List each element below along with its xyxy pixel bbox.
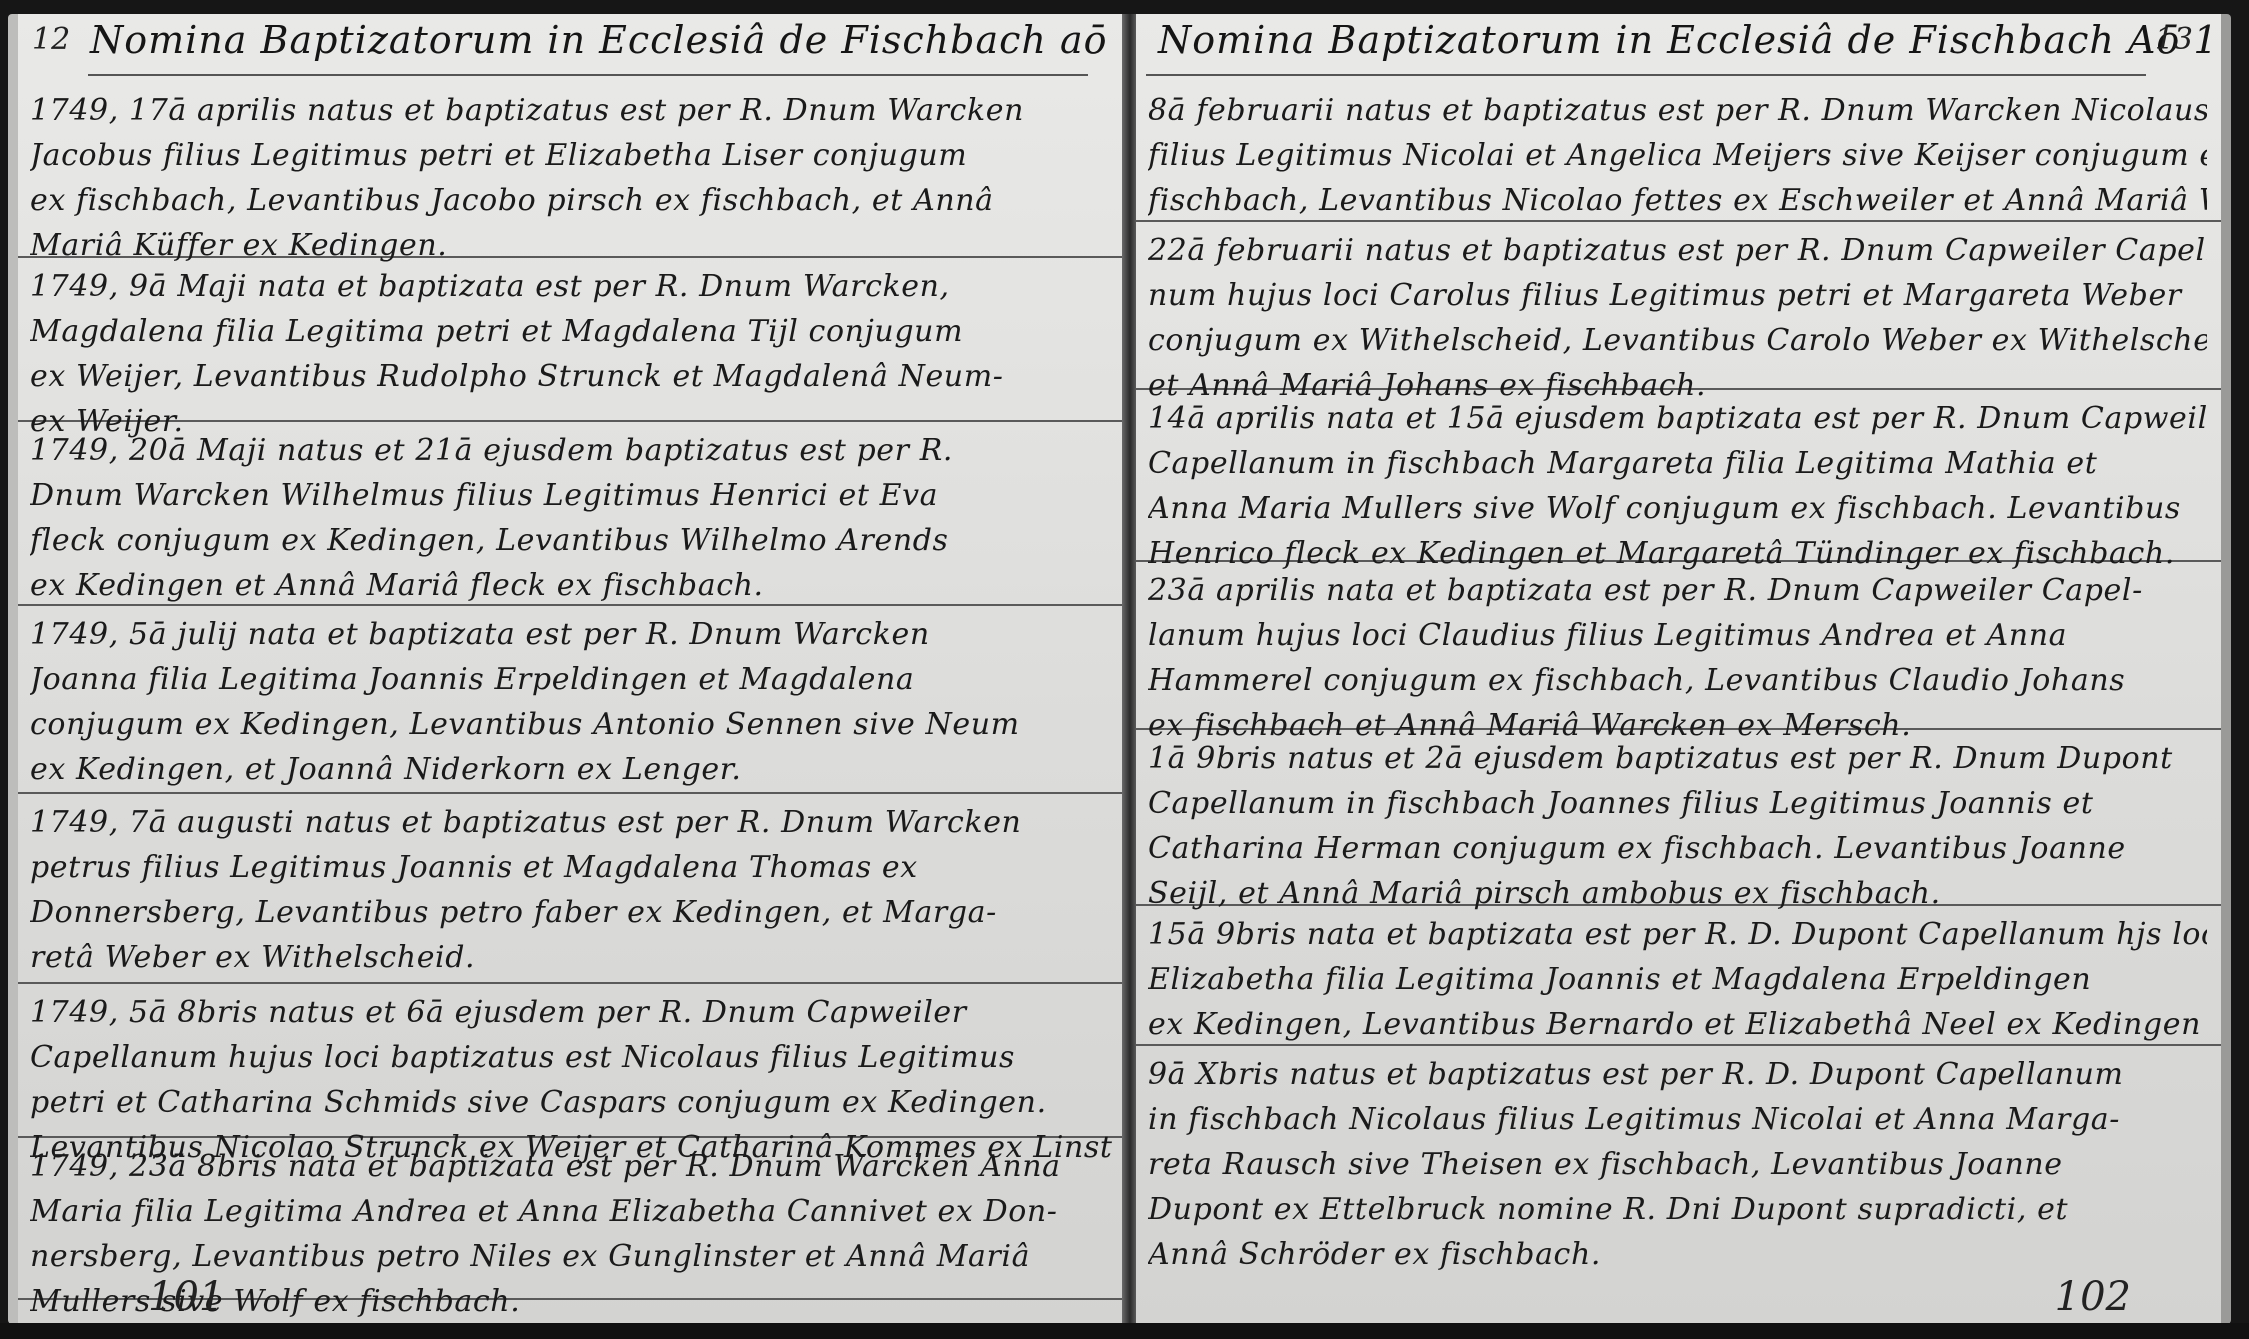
entry-line: retâ Weber ex Withelscheid. (30, 935, 1112, 980)
heading-rule (1146, 74, 2146, 76)
entry-line: 1ā 9bris natus et 2ā ejusdem baptizatus … (1148, 736, 2207, 781)
entry-line: 1749, 17ā aprilis natus et baptizatus es… (30, 88, 1112, 133)
baptism-entry: 1749, 17ā aprilis natus et baptizatus es… (18, 82, 1126, 258)
entry-line: ex Kedingen, Levantibus Bernardo et Eliz… (1148, 1002, 2207, 1047)
entry-line: filius Legitimus Nicolai et Angelica Mei… (1148, 133, 2207, 178)
entry-line: Capellanum hujus loci baptizatus est Nic… (30, 1035, 1112, 1080)
entry-line: fleck conjugum ex Kedingen, Levantibus W… (30, 518, 1112, 563)
entry-line: petrus filius Legitimus Joannis et Magda… (30, 845, 1112, 890)
entry-line: Capellanum in fischbach Joannes filius L… (1148, 781, 2207, 826)
entry-line: ex Kedingen, et Joannâ Niderkorn ex Leng… (30, 747, 1112, 792)
entry-line: 9ā Xbris natus et baptizatus est per R. … (1148, 1052, 2207, 1097)
entry-line: Dupont ex Ettelbruck nomine R. Dni Dupon… (1148, 1187, 2207, 1232)
entry-line: Elizabetha filia Legitima Joannis et Mag… (1148, 957, 2207, 1002)
baptism-entry: 1749, 7ā augusti natus et baptizatus est… (18, 794, 1126, 984)
baptism-entry: 23ā aprilis nata et baptizata est per R.… (1136, 562, 2221, 730)
page-number: 101 (148, 1274, 224, 1320)
register-spread: 12 Nomina Baptizatorum in Ecclesiâ de Fi… (0, 0, 2249, 1339)
entry-line: in fischbach Nicolaus filius Legitimus N… (1148, 1097, 2207, 1142)
entry-line: Dnum Warcken Wilhelmus filius Legitimus … (30, 473, 1112, 518)
baptism-entry: 1749, 20ā Maji natus et 21ā ejusdem bapt… (18, 422, 1126, 606)
entry-line: 15ā 9bris nata et baptizata est per R. D… (1148, 912, 2207, 957)
entry-list: 1749, 17ā aprilis natus et baptizatus es… (18, 82, 1126, 1300)
right-page: Nomina Baptizatorum in Ecclesiâ de Fisch… (1136, 14, 2231, 1324)
entry-line: 1749, 5ā julij nata et baptizata est per… (30, 612, 1112, 657)
page-number: 102 (2055, 1274, 2131, 1320)
folio-number: 13 (2155, 22, 2193, 57)
entry-line: petri et Catharina Schmids sive Caspars … (30, 1080, 1112, 1125)
entry-list: 8ā februarii natus et baptizatus est per… (1136, 82, 2221, 1286)
entry-line: conjugum ex Withelscheid, Levantibus Car… (1148, 318, 2207, 363)
baptism-entry: 1749, 5ā 8bris natus et 6ā ejusdem per R… (18, 984, 1126, 1138)
baptism-entry: 9ā Xbris natus et baptizatus est per R. … (1136, 1046, 2221, 1286)
book-edge-shadow (0, 1323, 2249, 1339)
entry-line: 1749, 7ā augusti natus et baptizatus est… (30, 800, 1112, 845)
baptism-entry: 1749, 5ā julij nata et baptizata est per… (18, 606, 1126, 794)
entry-line: ex fischbach, Levantibus Jacobo pirsch e… (30, 178, 1112, 223)
entry-line: 8ā februarii natus et baptizatus est per… (1148, 88, 2207, 133)
entry-line: Catharina Herman conjugum ex fischbach. … (1148, 826, 2207, 871)
entry-line: 1749, 23ā 8bris nata et baptizata est pe… (30, 1144, 1112, 1189)
entry-line: Capellanum in fischbach Margareta filia … (1148, 441, 2207, 486)
entry-line: ex Kedingen et Annâ Mariâ fleck ex fisch… (30, 563, 1112, 608)
entry-line: Joanna filia Legitima Joannis Erpeldinge… (30, 657, 1112, 702)
baptism-entry: 15ā 9bris nata et baptizata est per R. D… (1136, 906, 2221, 1046)
entry-line: 23ā aprilis nata et baptizata est per R.… (1148, 568, 2207, 613)
entry-line: conjugum ex Kedingen, Levantibus Antonio… (30, 702, 1112, 747)
entry-line: 1749, 9ā Maji nata et baptizata est per … (30, 264, 1112, 309)
entry-line: reta Rausch sive Theisen ex fischbach, L… (1148, 1142, 2207, 1187)
entry-line: num hujus loci Carolus filius Legitimus … (1148, 273, 2207, 318)
baptism-entry: 22ā februarii natus et baptizatus est pe… (1136, 222, 2221, 390)
page-heading: Nomina Baptizatorum in Ecclesiâ de Fisch… (1158, 18, 2231, 62)
entry-line: fischbach, Levantibus Nicolao fettes ex … (1148, 178, 2207, 223)
folio-number: 12 (32, 22, 70, 57)
baptism-entry: 1ā 9bris natus et 2ā ejusdem baptizatus … (1136, 730, 2221, 906)
entry-line: 22ā februarii natus et baptizatus est pe… (1148, 228, 2207, 273)
entry-line: Anna Maria Mullers sive Wolf conjugum ex… (1148, 486, 2207, 531)
entry-line: lanum hujus loci Claudius filius Legitim… (1148, 613, 2207, 658)
entry-line: Hammerel conjugum ex fischbach, Levantib… (1148, 658, 2207, 703)
heading-rule (88, 74, 1088, 76)
entry-line: Magdalena filia Legitima petri et Magdal… (30, 309, 1112, 354)
entry-line: 14ā aprilis nata et 15ā ejusdem baptizat… (1148, 396, 2207, 441)
baptism-entry: 1749, 9ā Maji nata et baptizata est per … (18, 258, 1126, 422)
page-heading: Nomina Baptizatorum in Ecclesiâ de Fisch… (90, 18, 1126, 62)
entry-line: Annâ Schröder ex fischbach. (1148, 1232, 2207, 1277)
left-page: 12 Nomina Baptizatorum in Ecclesiâ de Fi… (8, 14, 1126, 1324)
baptism-entry: 8ā februarii natus et baptizatus est per… (1136, 82, 2221, 222)
entry-line: ex Weijer, Levantibus Rudolpho Strunck e… (30, 354, 1112, 399)
entry-line: nersberg, Levantibus petro Niles ex Gung… (30, 1234, 1112, 1279)
entry-line: Maria filia Legitima Andrea et Anna Eliz… (30, 1189, 1112, 1234)
entry-line: Donnersberg, Levantibus petro faber ex K… (30, 890, 1112, 935)
entry-line: 1749, 5ā 8bris natus et 6ā ejusdem per R… (30, 990, 1112, 1035)
entry-line: Jacobus filius Legitimus petri et Elizab… (30, 133, 1112, 178)
baptism-entry: 14ā aprilis nata et 15ā ejusdem baptizat… (1136, 390, 2221, 562)
entry-line: 1749, 20ā Maji natus et 21ā ejusdem bapt… (30, 428, 1112, 473)
